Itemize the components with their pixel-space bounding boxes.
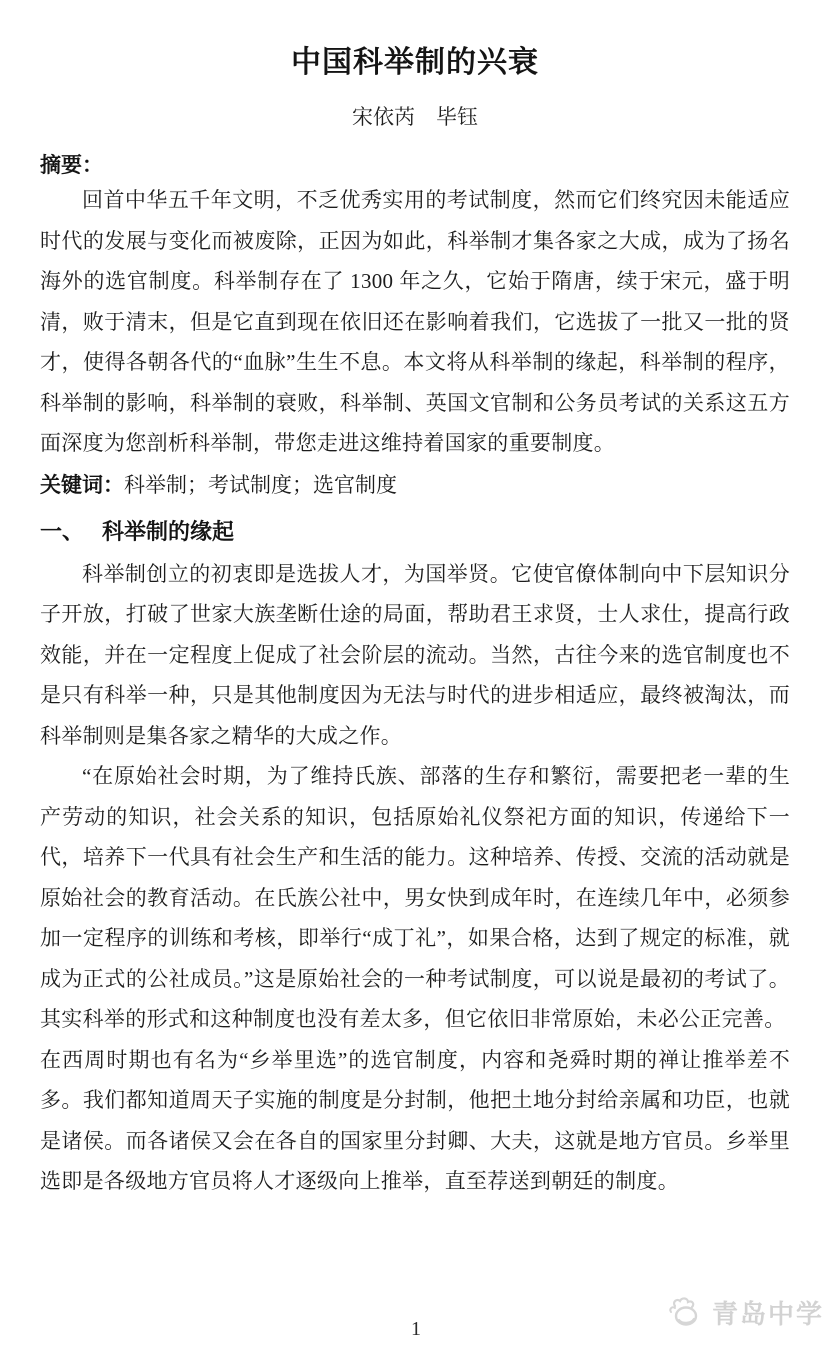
abstract-label: 摘要：	[40, 150, 790, 180]
watermark: 青岛中学	[667, 1294, 824, 1331]
body-paragraph: 科举制创立的初衷即是选拔人才，为国举贤。它使官僚体制向中下层知识分子开放，打破了…	[40, 554, 790, 757]
school-logo-icon	[667, 1296, 707, 1330]
body-paragraph: “在原始社会时期，为了维持氏族、部落的生存和繁衍，需要把老一辈的生产劳动的知识，…	[40, 756, 790, 1040]
abstract-paragraph: 回首中华五千年文明，不乏优秀实用的考试制度，然而它们终究因未能适应时代的发展与变…	[40, 180, 790, 464]
document-page: 中国科举制的兴衰 宋依芮 毕钰 摘要： 回首中华五千年文明，不乏优秀实用的考试制…	[0, 0, 832, 1351]
authors-line: 宋依芮 毕钰	[40, 104, 790, 130]
keywords-line: 关键词：科举制；考试制度；选官制度	[40, 465, 790, 506]
body-paragraph: 在西周时期也有名为“乡举里选”的选官制度，内容和尧舜时期的禅让推举差不多。我们都…	[40, 1040, 790, 1202]
section-heading: 一、科举制的缘起	[40, 510, 790, 554]
section-number: 一、	[40, 519, 84, 544]
keywords-text: 科举制；考试制度；选官制度	[124, 473, 397, 497]
keywords-label: 关键词：	[40, 473, 124, 497]
section-title: 科举制的缘起	[102, 519, 234, 544]
page-title: 中国科举制的兴衰	[40, 44, 790, 82]
watermark-text: 青岛中学	[712, 1294, 824, 1331]
